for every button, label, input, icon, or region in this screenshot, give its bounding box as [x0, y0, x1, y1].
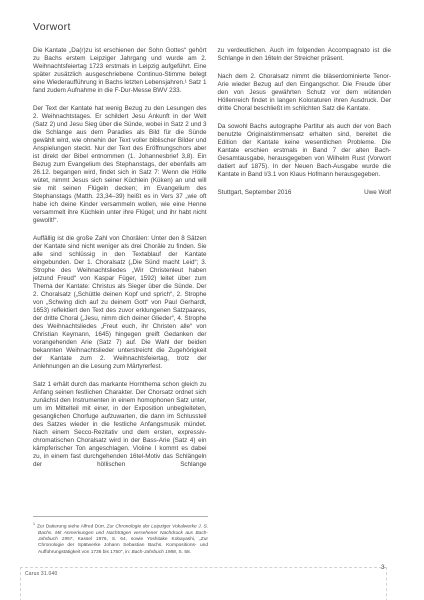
paragraph: zu verdeutlichen. Auch im folgenden Acco… — [218, 47, 392, 63]
footnote-segment: Bach-Jahrbuch 1988 — [132, 550, 176, 555]
footer-frame: Carus 31.040 — [20, 567, 387, 600]
footnote-segment: Zur Datierung siehe Alfred Dürr, — [37, 525, 107, 530]
footnote: 1Zur Datierung siehe Alfred Dürr, Zur Ch… — [33, 516, 208, 556]
preface-page: Vorwort Die Kantate „Da(r)zu ist erschie… — [0, 0, 424, 600]
page-number: 3 — [381, 564, 385, 571]
paragraph: Die Kantate „Da(r)zu ist erschienen der … — [33, 47, 207, 95]
paragraph: Auffällig ist die große Zahl von Choräle… — [33, 235, 207, 371]
text-columns: Die Kantate „Da(r)zu ist erschienen der … — [33, 47, 391, 469]
page-title: Vorwort — [33, 21, 71, 33]
paragraph: Da sowohl Bachs autographe Partitur als … — [218, 123, 392, 179]
signoff-author: Uwe Wolf — [364, 189, 391, 197]
paragraph: Satz 1 erhält durch das markante Hornthe… — [33, 381, 207, 469]
footnote-marker: 1 — [33, 522, 35, 526]
edition-number: Carus 31.040 — [25, 571, 57, 577]
footnote-text: 1Zur Datierung siehe Alfred Dürr, Zur Ch… — [33, 521, 208, 556]
paragraph: Nach dem 2. Choralsatz nimmt die bläserd… — [218, 73, 392, 113]
left-column: Die Kantate „Da(r)zu ist erschienen der … — [33, 47, 207, 469]
footnote-rule — [33, 516, 208, 517]
footnote-segment: , S. 58. — [176, 550, 191, 555]
right-column: zu verdeutlichen. Auch im folgenden Acco… — [218, 47, 392, 469]
signoff-place-date: Stuttgart, September 2016 — [218, 189, 292, 197]
paragraph: Der Text der Kantate hat wenig Bezug zu … — [33, 105, 207, 225]
signoff: Stuttgart, September 2016 Uwe Wolf — [218, 189, 392, 197]
